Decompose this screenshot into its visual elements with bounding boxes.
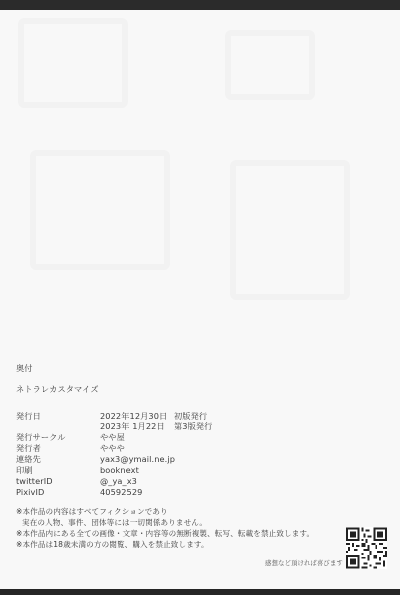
section-title: 奥付 [16,363,33,373]
value-publish-date-2: 2023年 1月22日 [100,421,165,431]
value-contact-email: yax3@ymail.ne.jp [100,454,175,464]
label-publish-date: 発行日 [16,411,41,421]
note-age-restriction: ※本作品は18歳未満の方の閲覧、購入を禁止致します。 [16,540,209,550]
note-fiction: ※本作品の内容はすべてフィクションであり [16,507,168,517]
qr-code-icon [346,527,387,569]
label-publisher: 発行者 [16,443,41,453]
value-circle: やや屋 [100,432,125,442]
value-publisher: ややや [100,443,125,453]
bleed-through-shadow [230,160,350,300]
label-circle: 発行サークル [16,432,65,442]
work-title: ネトラレカスタマイズ [16,384,99,394]
bleed-through-shadow [18,18,128,108]
bleed-through-shadow [225,30,315,100]
bleed-through-shadow [30,150,170,270]
label-twitter: twitterID [16,476,53,486]
edition-3: 第3版発行 [174,421,212,431]
label-contact: 連絡先 [16,454,41,464]
colophon-page [0,10,400,589]
note-no-reproduction: ※本作品内にある全ての画像・文章・内容等の無断複製、転写、転載を禁止致します。 [16,529,314,539]
note-fiction-cont: 実在の人物、事件、団体等には一切関係ありません。 [22,518,207,528]
label-pixiv: PixivID [16,487,44,497]
edition-1: 初版発行 [174,411,207,421]
value-printer: booknext [100,465,139,475]
value-pixiv: 40592529 [100,487,142,497]
value-twitter: @_ya_x3 [100,476,137,486]
value-publish-date-1: 2022年12月30日 [100,411,167,421]
feedback-message: 感想など頂ければ喜びます [265,558,343,568]
scan-edge-bottom [0,589,400,595]
scan-edge-top [0,0,400,10]
label-printer: 印刷 [16,465,33,475]
